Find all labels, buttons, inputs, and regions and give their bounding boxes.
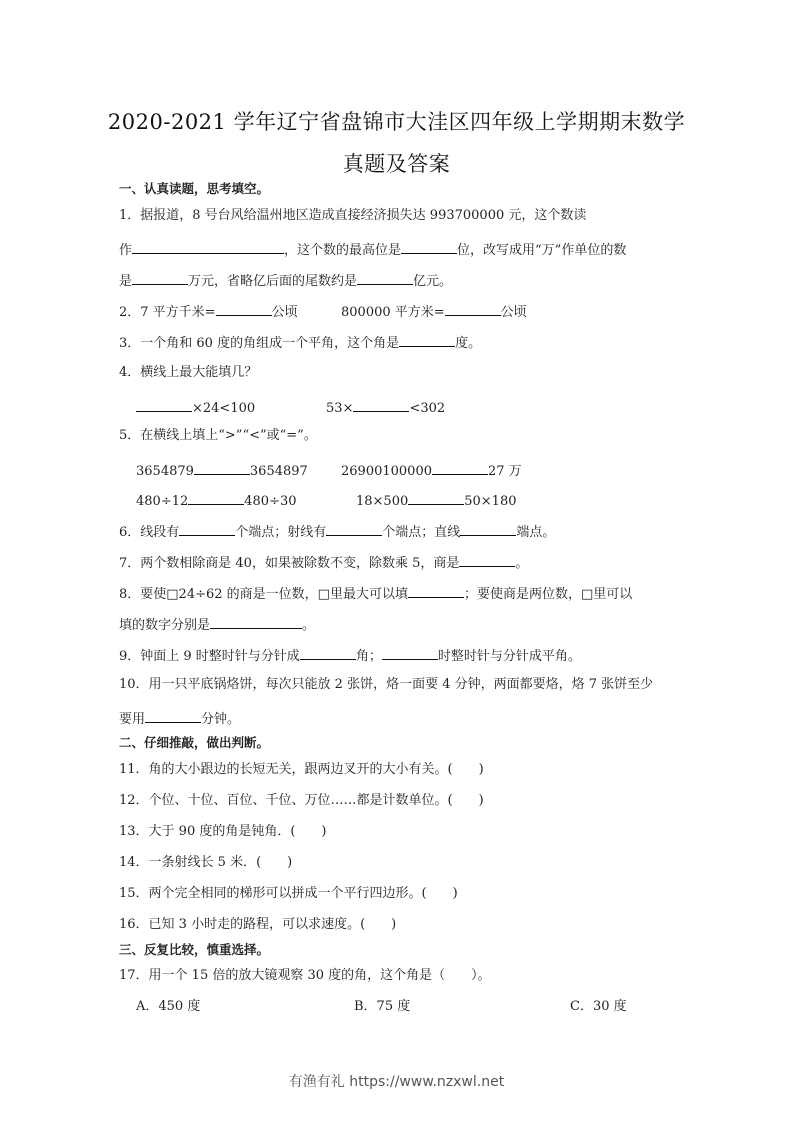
question-8-line-1: 8．要使□24÷62 的商是一位数，□里最大可以填；要使商是两位数，□里可以 <box>119 583 632 603</box>
question-9: 9．钟面上 9 时整时针与分针成角；时整时针与分针成平角。 <box>119 645 581 665</box>
footer-watermark: 有渔有礼 https://www.nzxwl.net <box>0 1071 793 1091</box>
question-1-line-1: 1．据报道，8 号台风给温州地区造成直接经济损失达 993700000 元，这个… <box>119 208 586 224</box>
q5-r2-right-b: 50×180 <box>464 494 516 509</box>
q1-answer-blank-yi[interactable] <box>357 270 413 285</box>
q8-answer-blank-2[interactable] <box>210 614 302 629</box>
q4-expr-2-text-a: 53× <box>326 401 353 416</box>
question-11: 11．角的大小跟边的长短无关，跟两边叉开的大小有关。( ) <box>119 762 484 778</box>
q8-text-b: ；要使商是两位数，□里可以 <box>464 587 632 602</box>
q7-answer-blank[interactable] <box>459 552 515 567</box>
q1-text-b: ，这个数的最高位是 <box>284 243 401 258</box>
q9-text-b: 角； <box>356 649 382 664</box>
q1-answer-blank-highest-digit[interactable] <box>401 239 457 254</box>
q1-text-c: 位，改写成用“万”作单位的数 <box>457 243 626 258</box>
question-16: 16．已知 3 小时走的路程，可以求速度。( ) <box>119 917 396 933</box>
question-10-line-1: 10．用一只平底锅烙饼，每次只能放 2 张饼，烙一面要 4 分钟，两面都要烙，烙… <box>119 677 653 693</box>
q4-expr-1-text: ×24<100 <box>192 401 255 416</box>
q9-text-a: 9．钟面上 9 时整时针与分针成 <box>119 649 300 664</box>
q2-text-c: 800000 平方米= <box>341 305 445 320</box>
q1-answer-blank-wan[interactable] <box>132 270 188 285</box>
section-heading-choice: 三、反复比较，慎重选择。 <box>119 942 269 958</box>
q2-answer-blank-1[interactable] <box>216 301 272 316</box>
q8-answer-blank-1[interactable] <box>408 583 464 598</box>
q6-answer-blank-1[interactable] <box>179 521 235 536</box>
q6-answer-blank-2[interactable] <box>326 521 382 536</box>
q4-answer-blank-2[interactable] <box>353 397 409 412</box>
question-10-line-2: 要用分钟。 <box>119 708 240 728</box>
q10-text-b: 分钟。 <box>201 712 240 727</box>
q3-text-b: 度。 <box>455 336 481 351</box>
question-7: 7．两个数相除商是 40，如果被除数不变，除数乘 5，商是。 <box>119 552 528 572</box>
q5-r1-right-b: 27 万 <box>488 464 522 479</box>
q6-text-a: 6．线段有 <box>119 525 179 540</box>
question-17-stem: 17．用一个 15 倍的放大镜观察 30 度的角，这个角是（ ）。 <box>119 968 491 984</box>
q1-text-e: 万元，省略亿后面的尾数约是 <box>188 274 357 289</box>
question-4-expr-2: 53×<302 <box>326 397 445 417</box>
q8-text-c: 填的数字分别是 <box>119 618 210 633</box>
question-2-part-2: 800000 平方米=公顷 <box>341 301 527 321</box>
q1-text-d: 是 <box>119 274 132 289</box>
q8-text-d: 。 <box>302 618 315 633</box>
q1-text-a: 作 <box>119 243 132 258</box>
q1-text-f: 亿元。 <box>413 274 452 289</box>
question-4-stem: 4．横线上最大能填几？ <box>119 365 257 381</box>
question-6: 6．线段有个端点；射线有个端点；直线端点。 <box>119 521 555 541</box>
q2-answer-blank-2[interactable] <box>445 301 501 316</box>
q6-text-d: 端点。 <box>516 525 555 540</box>
q9-text-c: 时整时针与分针成平角。 <box>438 649 581 664</box>
page-title-line-2: 真题及答案 <box>0 148 793 178</box>
question-5-row-1-left: 36548793654897 <box>136 460 308 480</box>
q2-text-d: 公顷 <box>501 305 527 320</box>
page-title-line-1: 2020-2021 学年辽宁省盘锦市大洼区四年级上学期期末数学 <box>0 106 793 136</box>
section-heading-fill-in: 一、认真读题，思考填空。 <box>119 181 269 197</box>
q9-answer-blank-2[interactable] <box>382 645 438 660</box>
q2-text-b: 公顷 <box>272 305 298 320</box>
question-5-stem: 5．在横线上填上“>”“<”或“=”。 <box>119 428 317 444</box>
section-heading-judgement: 二、仔细推敲，做出判断。 <box>119 735 269 751</box>
q5-r1-left-b: 3654897 <box>250 464 308 479</box>
question-5-row-2-right: 18×50050×180 <box>356 490 517 510</box>
q5-answer-blank-1[interactable] <box>194 460 250 475</box>
q3-text-a: 3．一个角和 60 度的角组成一个平角，这个角是 <box>119 336 399 351</box>
q17-option-c[interactable]: C．30 度 <box>570 999 627 1015</box>
exam-page: 2020-2021 学年辽宁省盘锦市大洼区四年级上学期期末数学 真题及答案 一、… <box>0 0 793 1122</box>
q17-option-a[interactable]: A．450 度 <box>136 999 200 1015</box>
q7-text-a: 7．两个数相除商是 40，如果被除数不变，除数乘 5，商是 <box>119 556 459 571</box>
q6-text-b: 个端点；射线有 <box>235 525 326 540</box>
question-1-line-2: 作，这个数的最高位是位，改写成用“万”作单位的数 <box>119 239 626 259</box>
q7-text-b: 。 <box>515 556 528 571</box>
q5-r1-left-a: 3654879 <box>136 464 194 479</box>
q5-r2-left-b: 480÷30 <box>244 494 296 509</box>
q2-text-a: 2．7 平方千米= <box>119 305 216 320</box>
q1-answer-blank-reading[interactable] <box>132 239 284 254</box>
q4-expr-2-text-b: <302 <box>409 401 445 416</box>
q5-answer-blank-4[interactable] <box>408 490 464 505</box>
q3-answer-blank[interactable] <box>399 332 455 347</box>
q5-answer-blank-2[interactable] <box>432 460 488 475</box>
q10-text-a: 要用 <box>119 712 145 727</box>
q5-r1-right-a: 26900100000 <box>341 464 432 479</box>
q9-answer-blank-1[interactable] <box>300 645 356 660</box>
q5-r2-right-a: 18×500 <box>356 494 408 509</box>
question-1-line-3: 是万元，省略亿后面的尾数约是亿元。 <box>119 270 452 290</box>
q10-answer-blank[interactable] <box>145 708 201 723</box>
question-4-expr-1: ×24<100 <box>136 397 255 417</box>
question-12: 12．个位、十位、百位、千位、万位……都是计数单位。( ) <box>119 793 484 809</box>
question-15: 15．两个完全相同的梯形可以拼成一个平行四边形。( ) <box>119 886 458 902</box>
question-8-line-2: 填的数字分别是。 <box>119 614 315 634</box>
q6-answer-blank-3[interactable] <box>460 521 516 536</box>
q8-text-a: 8．要使□24÷62 的商是一位数，□里最大可以填 <box>119 587 408 602</box>
q4-answer-blank-1[interactable] <box>136 397 192 412</box>
q6-text-c: 个端点；直线 <box>382 525 460 540</box>
question-5-row-1-right: 2690010000027 万 <box>341 460 522 480</box>
question-13: 13．大于 90 度的角是钝角．( ) <box>119 824 327 840</box>
question-3: 3．一个角和 60 度的角组成一个平角，这个角是度。 <box>119 332 481 352</box>
question-2: 2．7 平方千米=公顷 <box>119 301 298 321</box>
q5-answer-blank-3[interactable] <box>188 490 244 505</box>
question-14: 14．一条射线长 5 米．( ) <box>119 855 292 871</box>
question-5-row-2-left: 480÷12480÷30 <box>136 490 297 510</box>
q5-r2-left-a: 480÷12 <box>136 494 188 509</box>
q17-option-b[interactable]: B．75 度 <box>354 999 410 1015</box>
